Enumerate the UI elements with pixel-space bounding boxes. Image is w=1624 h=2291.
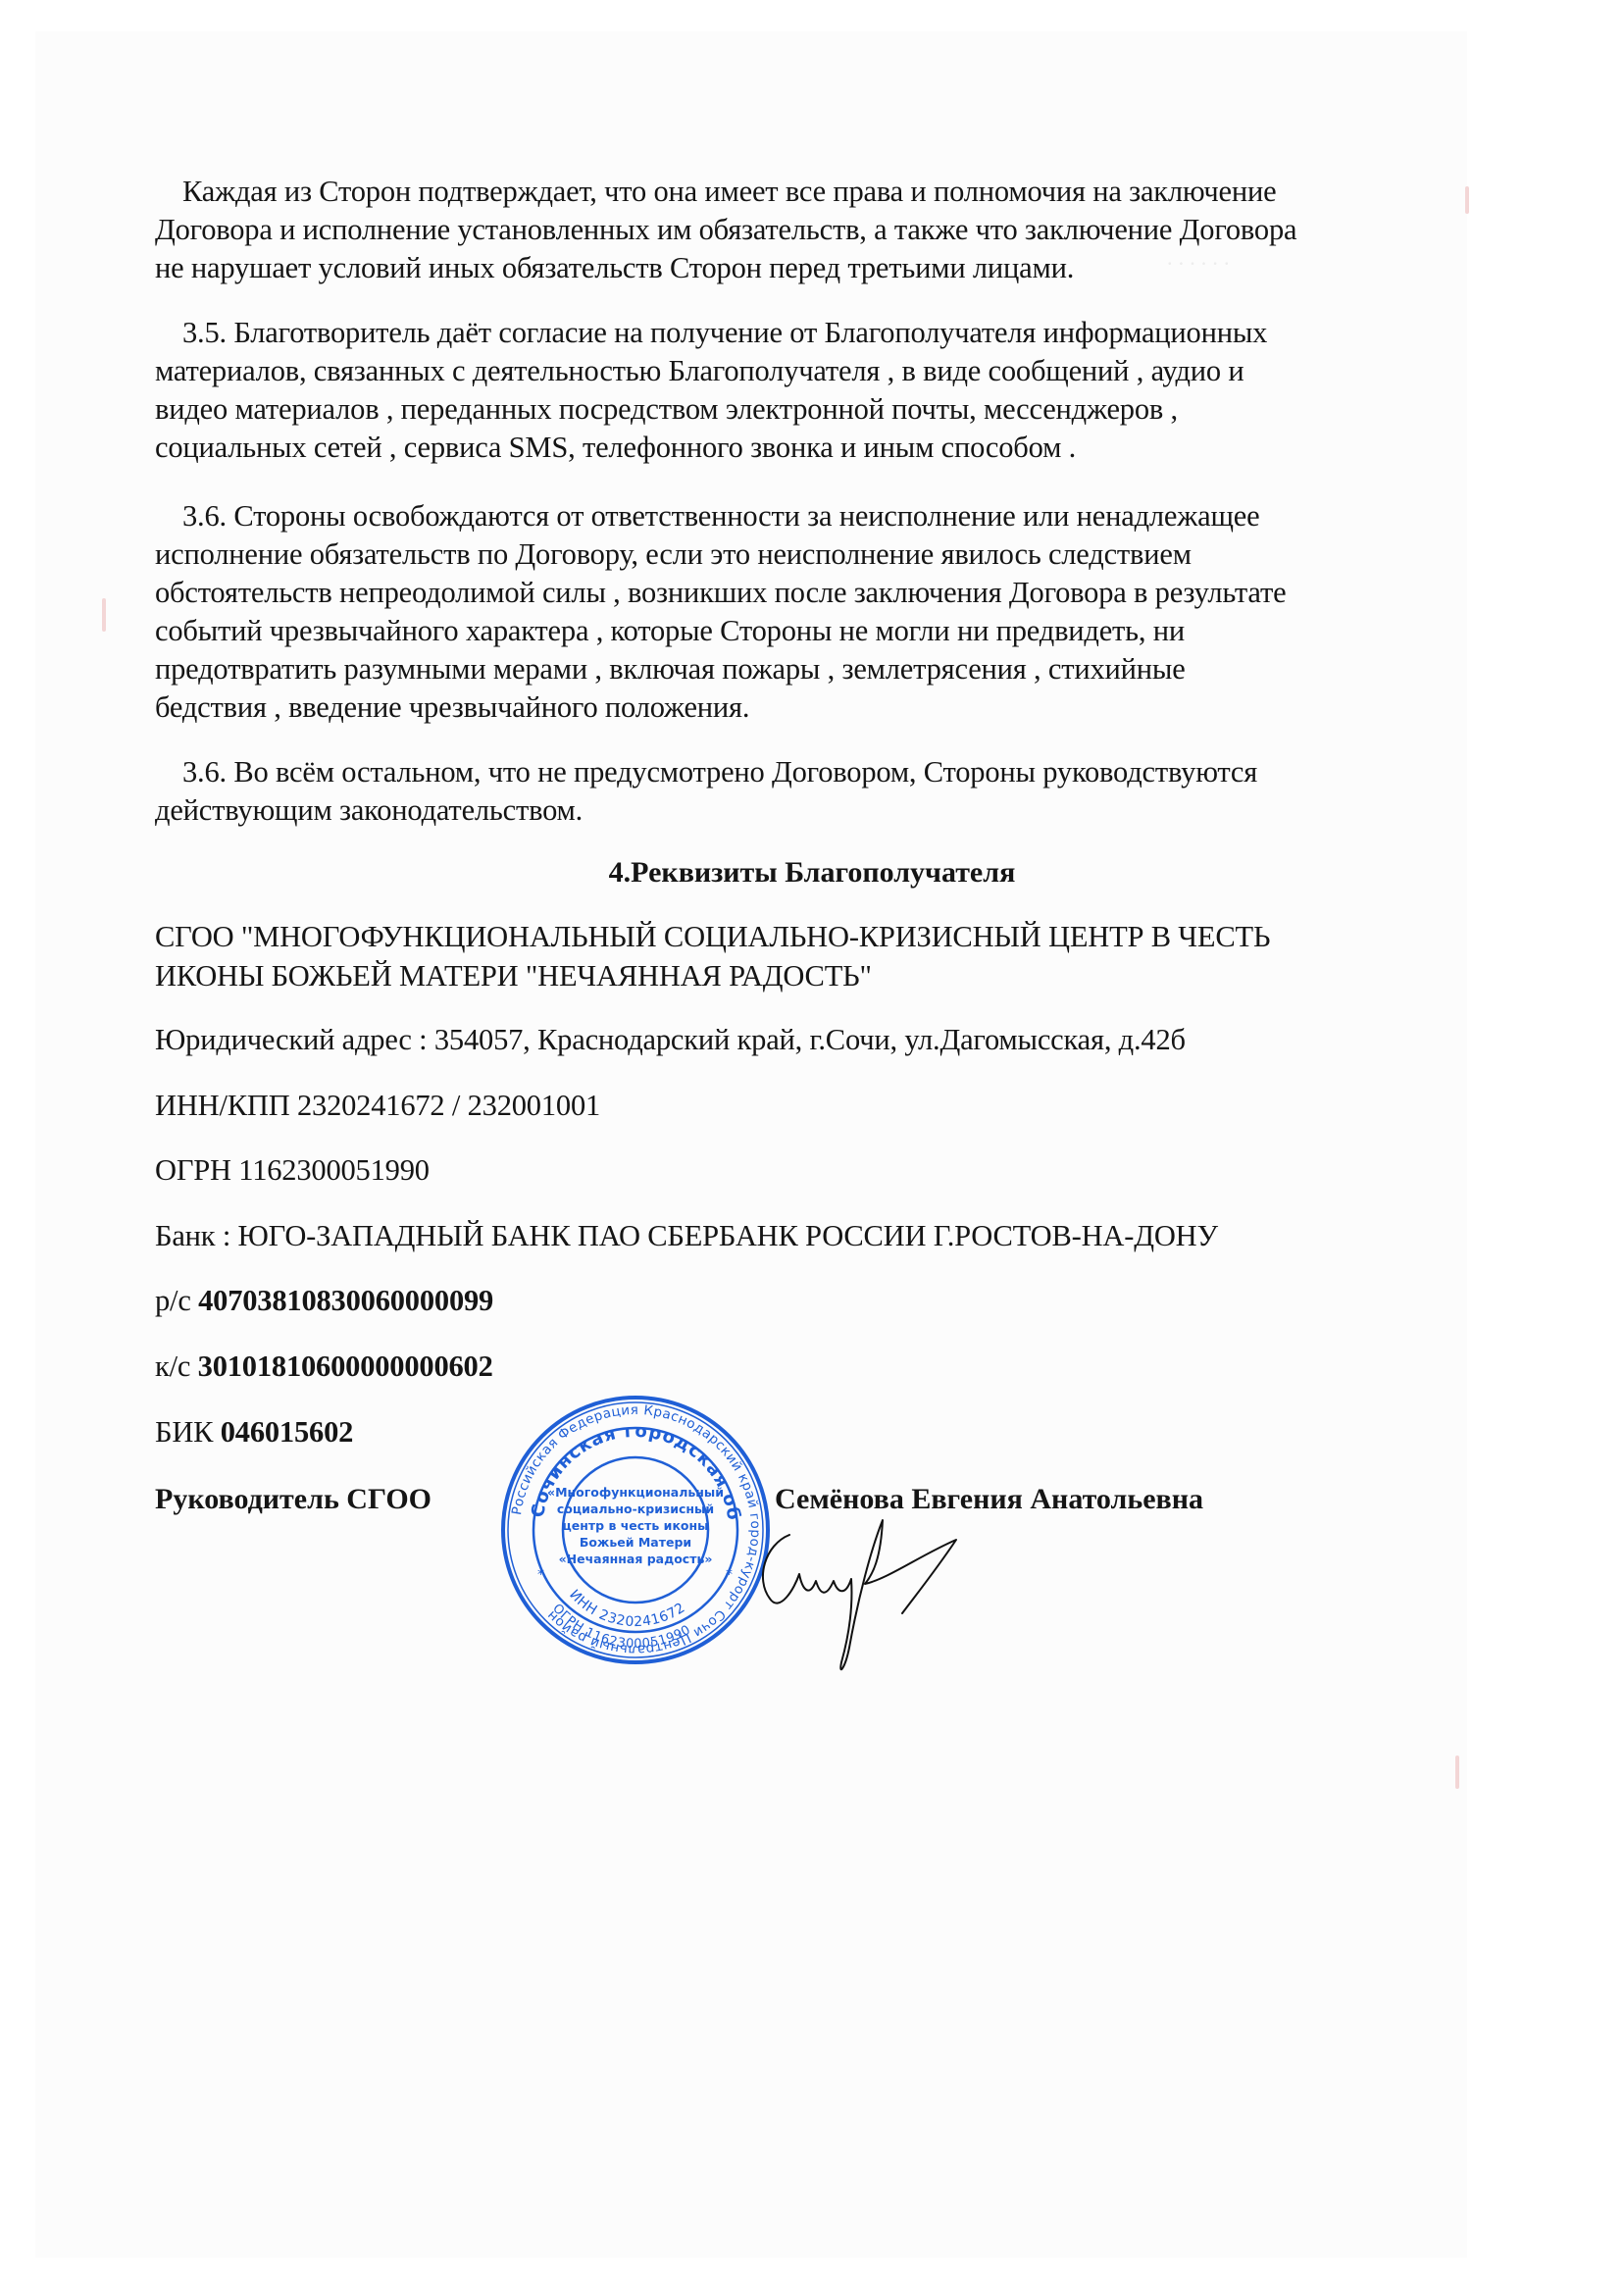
svg-text:Божьей Матери: Божьей Матери: [580, 1535, 691, 1550]
text-line: видео материалов , переданных посредство…: [155, 390, 1449, 429]
text-line: 3.6. Стороны освобождаются от ответствен…: [155, 497, 1449, 535]
handwritten-signature: [755, 1491, 1049, 1687]
text-line: не нарушает условий иных обязательств Ст…: [155, 249, 1449, 287]
text-line: обстоятельств непреодолимой силы , возни…: [155, 574, 1449, 612]
stamp-seal-icon: Российская Федерация Краснодарский край …: [498, 1393, 773, 1667]
section-heading: 4.Реквизиты Благополучателя: [0, 856, 1624, 890]
text-line: 3.6. Во всём остальном, что не предусмот…: [155, 753, 1449, 791]
text-line: социальных сетей , сервиса SMS, телефонн…: [155, 429, 1449, 467]
svg-text:социально-кризисный: социально-кризисный: [557, 1502, 714, 1516]
legal-address: Юридический адрес : 354057, Краснодарски…: [155, 1023, 1186, 1057]
org-name-line-2: ИКОНЫ БОЖЬЕЙ МАТЕРИ "НЕЧАЯННАЯ РАДОСТЬ": [155, 959, 872, 993]
ogrn: ОГРН 1162300051990: [155, 1153, 430, 1188]
paragraph-3-6-other: 3.6. Во всём остальном, что не предусмот…: [155, 753, 1449, 830]
paragraph-intro: Каждая из Сторон подтверждает, что она и…: [155, 173, 1449, 287]
bik-value: 046015602: [221, 1415, 353, 1449]
settlement-account-value: 40703810830060000099: [198, 1284, 493, 1317]
text-line: предотвратить разумными мерами , включая…: [155, 650, 1449, 688]
paragraph-3-5: 3.5. Благотворитель даёт согласие на пол…: [155, 314, 1449, 467]
organization-stamp: Российская Федерация Краснодарский край …: [498, 1393, 773, 1667]
text-line: событий чрезвычайного характера , которы…: [155, 612, 1449, 650]
signature-icon: [755, 1491, 1049, 1687]
svg-text:*: *: [726, 1567, 733, 1583]
red-margin-mark: [102, 598, 106, 632]
settlement-account: р/с 40703810830060000099: [155, 1284, 493, 1318]
correspondent-account: к/с 30101810600000000602: [155, 1349, 493, 1384]
text-line: 3.5. Благотворитель даёт согласие на пол…: [155, 314, 1449, 352]
svg-text:«Многофункциональный: «Многофункциональный: [547, 1485, 724, 1500]
text-line: исполнение обязательств по Договору, есл…: [155, 535, 1449, 574]
bank-name: Банк : ЮГО-ЗАПАДНЫЙ БАНК ПАО СБЕРБАНК РО…: [155, 1219, 1218, 1253]
red-margin-mark: [1455, 1756, 1459, 1789]
svg-text:«Нечаянная радость»: «Нечаянная радость»: [559, 1552, 713, 1566]
paragraph-3-6-force-majeure: 3.6. Стороны освобождаются от ответствен…: [155, 497, 1449, 727]
text-line: действующим законодательством.: [155, 791, 1449, 830]
text-line: Договора и исполнение установленных им о…: [155, 211, 1449, 249]
text-line: Каждая из Сторон подтверждает, что она и…: [155, 173, 1449, 211]
red-margin-mark: [1465, 186, 1469, 214]
text-line: бедствия , введение чрезвычайного положе…: [155, 688, 1449, 727]
correspondent-account-label: к/с: [155, 1349, 198, 1383]
settlement-account-label: р/с: [155, 1284, 198, 1317]
text-line: материалов, связанных с деятельностью Бл…: [155, 352, 1449, 390]
org-name-line-1: СГОО "МНОГОФУНКЦИОНАЛЬНЫЙ СОЦИАЛЬНО-КРИЗ…: [155, 920, 1270, 954]
correspondent-account-value: 30101810600000000602: [198, 1349, 493, 1383]
svg-text:*: *: [537, 1567, 544, 1583]
bik-label: БИК: [155, 1415, 221, 1449]
director-title: Руководитель СГОО: [155, 1483, 431, 1516]
bik: БИК 046015602: [155, 1415, 353, 1450]
svg-text:центр в честь иконы: центр в честь иконы: [563, 1518, 709, 1533]
inn-kpp: ИНН/КПП 2320241672 / 232001001: [155, 1089, 600, 1123]
